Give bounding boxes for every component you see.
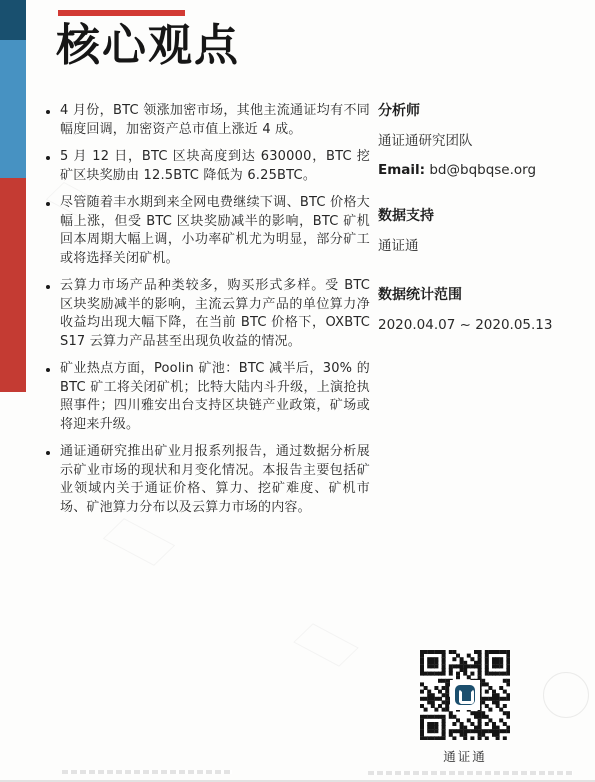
qr-center-logo	[450, 680, 480, 710]
bullet-text: 云算力市场产品种类较多，购买形式多样。受 BTC 区块奖励减半的影响，主流云算力…	[60, 277, 370, 351]
key-points-list: 4 月份，BTC 领涨加密市场，其他主流通证均有不同幅度回调，加密资产总市值上涨…	[46, 102, 370, 526]
bullet-text: 通证通研究推出矿业月报系列报告，通过数据分析展示矿业市场的现状和月变化情况。本报…	[60, 443, 370, 517]
faint-footer-text	[368, 771, 573, 775]
faint-footer-text	[62, 770, 232, 774]
stat-range-value: 2020.04.07 ~ 2020.05.13	[378, 316, 573, 334]
left-stripe-blue	[0, 40, 26, 178]
analyst-section: 分析师 通证通研究团队 Email: bd@bqbqse.org	[378, 100, 573, 190]
email-value: bd@bqbqse.org	[429, 162, 536, 178]
bullet-text: 5 月 12 日，BTC 区块高度到达 630000，BTC 挖矿区块奖励由 1…	[60, 148, 370, 185]
bullet-dot-icon	[46, 202, 50, 206]
bullet-dot-icon	[46, 285, 50, 289]
data-support-section: 数据支持 通证通	[378, 205, 573, 266]
qr-caption: 通证通	[420, 747, 510, 765]
bullet-text: 矿业热点方面，Poolin 矿池：BTC 减半后，30% 的 BTC 矿工将关闭…	[60, 360, 370, 434]
list-item: 5 月 12 日，BTC 区块高度到达 630000，BTC 挖矿区块奖励由 1…	[46, 148, 370, 185]
page-title: 核心观点	[56, 22, 240, 70]
watermark-stamp-circle	[543, 672, 589, 718]
watermark-cube	[293, 623, 359, 666]
bullet-dot-icon	[46, 110, 50, 114]
data-support-heading: 数据支持	[378, 205, 573, 225]
analyst-team: 通证通研究团队	[378, 132, 573, 150]
data-support-value: 通证通	[378, 237, 573, 255]
list-item: 通证通研究推出矿业月报系列报告，通过数据分析展示矿业市场的现状和月变化情况。本报…	[46, 443, 370, 517]
stat-range-heading: 数据统计范围	[378, 284, 573, 304]
stat-range-section: 数据统计范围 2020.04.07 ~ 2020.05.13	[378, 284, 573, 345]
email-label: Email:	[378, 162, 425, 178]
left-stripe-red	[0, 178, 26, 392]
bullet-text: 4 月份，BTC 领涨加密市场，其他主流通证均有不同幅度回调，加密资产总市值上涨…	[60, 102, 370, 139]
bullet-dot-icon	[46, 451, 50, 455]
brand-logo-icon	[455, 685, 475, 705]
title-accent-bar	[58, 10, 185, 16]
analyst-email: Email: bd@bqbqse.org	[378, 161, 573, 179]
list-item: 4 月份，BTC 领涨加密市场，其他主流通证均有不同幅度回调，加密资产总市值上涨…	[46, 102, 370, 139]
list-item: 尽管随着丰水期到来全网电费继续下调、BTC 价格大幅上涨，但受 BTC 区块奖励…	[46, 194, 370, 268]
report-page: 核心观点 4 月份，BTC 领涨加密市场，其他主流通证均有不同幅度回调，加密资产…	[0, 0, 595, 782]
left-stripe-navy	[0, 0, 26, 40]
list-item: 矿业热点方面，Poolin 矿池：BTC 减半后，30% 的 BTC 矿工将关闭…	[46, 360, 370, 434]
bullet-dot-icon	[46, 368, 50, 372]
qr-block: 通证通	[420, 650, 510, 765]
list-item: 云算力市场产品种类较多，购买形式多样。受 BTC 区块奖励减半的影响，主流云算力…	[46, 277, 370, 351]
analyst-heading: 分析师	[378, 100, 573, 120]
bullet-text: 尽管随着丰水期到来全网电费继续下调、BTC 价格大幅上涨，但受 BTC 区块奖励…	[60, 194, 370, 268]
bullet-dot-icon	[46, 156, 50, 160]
